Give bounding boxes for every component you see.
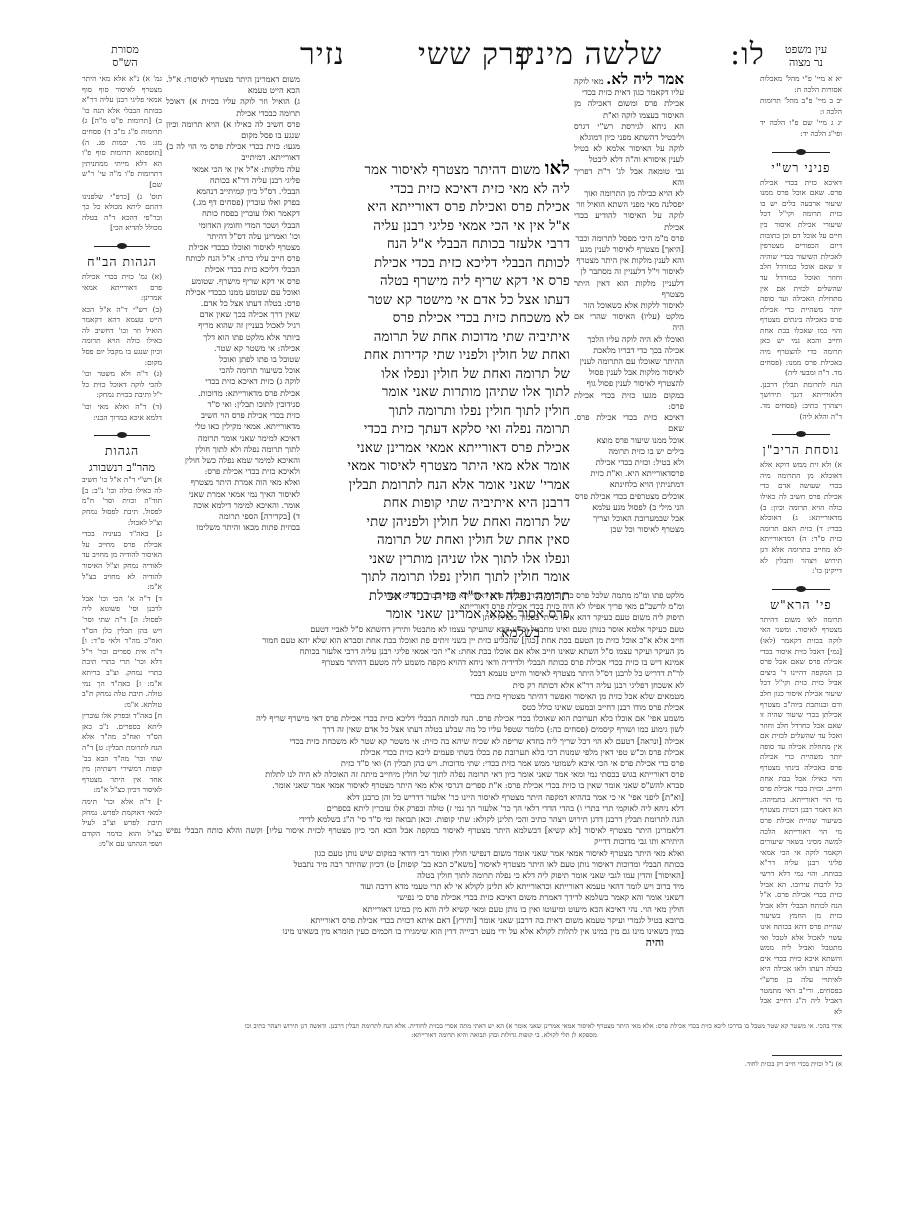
tosafot-line: מגעו: כזית בכדי אכילת פרס מי הוי לה ב) ד…: [166, 141, 300, 163]
tosafot-line: לתוך תרומה נפלה ולא לתוך חולין: [166, 444, 300, 455]
gemara-line: אמרי' שאני אומר אלא הנח לתרומת תבלין: [306, 477, 570, 496]
rashi-line: הני מילי ב) לפסול מגע עלמא: [574, 502, 684, 513]
chapter-name: שלשה מינין: [518, 38, 662, 72]
tosafot-line: ואלא מאי הוה אמרת היתר מצטרף: [166, 477, 300, 488]
rashi-line: דמתניתין הויא בלחינתא: [574, 479, 684, 490]
rashi-line: ואוכלו לא היה לוקה עליו הלכך: [574, 334, 684, 345]
commentary-line: הנה לתרומת תבלין דרבנן דדגן תירוש ויצהר …: [166, 814, 684, 825]
rashi-line: מצטרף לאיסור וכל שכן: [574, 524, 684, 535]
commentary-line: פרס דאורייתא בגוש בכסתי נמי ומאי אמר שאנ…: [166, 769, 684, 780]
chapter-number: פרק ששי: [418, 38, 531, 72]
commentary-line: חייב אלא א"כ אוכל כזית מן הטעם בכת אחת […: [166, 635, 684, 646]
folio-number: לו:: [730, 38, 765, 72]
tosafot-line: ולאיכא כזית בכדי אכילת פרס:: [166, 466, 300, 477]
rashi-line: גבי טומאה אבל לג' ר"ת דפריך והא: [574, 166, 684, 188]
gemara-opener: לאו: [545, 158, 570, 179]
rashi-line: במקום מגעו כזית בכדי אכילת פרס:: [574, 390, 684, 412]
rashi-line: פרסדאורייתא היא. וא"ת כזית: [574, 468, 684, 479]
tosafot-line: פליגי רבנן עליה דר"א בכותח: [166, 175, 300, 186]
commentary-line: מלקט פתו ומ"מ מתמה שלכל פרס כדין כזית בכ…: [166, 590, 684, 601]
masoret-label: מסורת: [95, 43, 155, 56]
rashi-line: אוכל ממנו שיעור פרס מוצא: [574, 435, 684, 446]
tosafot-column: משום דאמרינן היתר מצטרף לאיסור: א"ל. הכא…: [166, 74, 300, 533]
rashi-line: בילים יש בו כזית תרומה: [574, 446, 684, 457]
tosafot-line: כזית בכדי אכילת פרס הוי חשיב: [166, 410, 300, 421]
tosafot-line: אוכל כשיעור תרומה להכי: [166, 365, 300, 376]
tosafot-line: דאיכא למימר שאני אומר תרומה: [166, 433, 300, 444]
commentary-line: ואלא מאי היתר מצטרף לאיסור אמאי אמר שאני…: [166, 848, 684, 859]
hagahot-maharab-title: הגהות: [82, 443, 162, 459]
right-margin-column: יא א מיי' פ"י מהל' מאכלות אסורות הלכה ח:…: [760, 74, 842, 1018]
hagahot-maharab-entry: י] ד"ה אלא וכר' תימה למאי דאוקמת לפרש. נ…: [82, 797, 162, 850]
tosafot-line: לוקה ג) כזית דאיכא כזית בכדי: [166, 376, 300, 387]
rashi-line: לוקה על האיסור להודיע בכדי אכילת: [574, 210, 684, 232]
gemara-line: ליה לא מאי כזית דאיכא כזית בכדי: [306, 181, 570, 200]
hagahot-habach-entry: (ג) ד"ה ולא משטר וכו' להכי לוקה דאוכל כז…: [82, 369, 162, 401]
hashas-label: הש"ס: [95, 56, 155, 69]
rashi-line: לאיסור מלקות אבל לענין פסול: [574, 367, 684, 378]
rashi-line: לאיסור ללקות אלא כשאוכל הזר: [574, 300, 684, 311]
hagahot-habach-title: הגהות הב"ח: [82, 254, 162, 270]
tosafot-line: ואוכל עם שטומע ממנו כבכדי אכילת: [166, 287, 300, 298]
tosafot-line: פרס: בטלה דעתו אצל כל אדם.: [166, 298, 300, 309]
hagahot-habach-entry: (ד) ד"ה ואלא מאי וכו' דלמא איכא במרוך הב…: [82, 402, 162, 423]
commentary-line: תיפוק ליה משום טעם כעיקר דהא איהו מייתי …: [166, 612, 684, 623]
tosafot-line: פרס חשיב לה כאילו א) הויא תרומה וכיון שנ…: [166, 119, 300, 141]
rashi-line: אמר ליה לא. מאי לוקה עליו דקאמר כגון דאי…: [574, 74, 684, 98]
ornament-divider: [94, 431, 150, 439]
commentary-line: לר"ת דדריש כל לרבנן דס"ל היתר מצטרף לאיס…: [166, 668, 684, 679]
commentary-line: מן העיקר ועיקר עצמו ס"ל השתא שאינו חייב …: [166, 646, 684, 657]
tosafot-line: עלה מלקות: א"ל אין אי הכי אמאי: [166, 164, 300, 175]
hagahot-maharab-entry: ג] באה"ד בעיניה בכדי אכילת פרס מחייב על …: [82, 529, 162, 593]
rashi-line: ההיתר שאוכלו עם התרומה לענין: [574, 356, 684, 367]
bottom-line: אידי בהכי. אי משטר קא שטר מטבל בו בדרכו …: [166, 1022, 842, 1031]
tosafot-line: ביותר אלא מלקט פתו הוא דלך: [166, 332, 300, 343]
bottom-line: מספקא לן תלי לקולא. בי קופות גדולות ובהן…: [166, 1031, 842, 1040]
commentary-line: סברא להש"ס שאני אומר שאין בו כזית בכדי א…: [166, 780, 684, 791]
ein-mishpat-entry: יא א מיי' פ"י מהל' מאכלות אסורות הלכה ח:: [760, 74, 842, 95]
commentary-line: [וא"ת] ליפני אפי' אי כי אמר בההיא דמקפה …: [166, 792, 684, 803]
tosafot-line: אכילה: אי משטר קא שטר.: [166, 343, 300, 354]
commentary-line: לא אשכחן דפליגי רבנן עליה דר"א אלא דכותח…: [166, 680, 684, 691]
pninei-rashi-title: פניני רש"י: [760, 160, 842, 176]
rashi-line: אוכלים מצטרפים בכדי אכילת פרס: [574, 491, 684, 502]
gemara-line: ואחת של חולין ולפניו שתי קדירות אחת: [306, 347, 570, 366]
hagahot-maharab-entry: ח] באה"ד ובפרק אלו עוברין ליתא בספרים. נ…: [82, 711, 162, 796]
commentary-line: דלא ניחא ליה לאוקמי תרי בתרי ו) בהדי הדד…: [166, 803, 684, 814]
bottom-harosh-continuation: אידי בהכי. אי משטר קא שטר מטבל בו בדרכו …: [166, 1022, 842, 1040]
rashi-line: דלעניין מלקות הוא דאין היתר מצטרף: [574, 278, 684, 300]
rashi-line: [היאך] מצטרף לאיסור לענין מגע: [574, 244, 684, 255]
tosafot-line: ג) הואיל וזר לוקה עליו בכזית א) דאוכל תר…: [166, 96, 300, 118]
rashi-line: מלקט (עליו) האיסור שהרי אם היה: [574, 311, 684, 333]
gemara-line: דעתו אצל כל אדם אי מישטר קא שטר: [306, 292, 570, 311]
commentary-line: [האיסור] והדין עמו לגבי שאני אומר תיפוק …: [166, 870, 684, 881]
commentary-line: חולין מאי הוי. נהי דאיכא הכא מיעוט ומיעו…: [166, 904, 684, 915]
gemara-line: אומר אלא מאי היתר מצטרף לאיסור אמאי: [306, 458, 570, 477]
commentary-line: דלאמרינן היתר מצטרף לאיסור [לא קשיא] דבש…: [166, 825, 684, 847]
rashi-column: אמר ליה לא. מאי לוקה עליו דקאמר כגון דאי…: [574, 74, 684, 535]
rashi-line: יפסלנה מאי מפני השתא הואיל וזר: [574, 199, 684, 210]
commentary-line: והיה: [166, 937, 684, 948]
hagahot-habach-entry: (ב) רש"י ד"ה א"ל הכא הייט טעמא דהא דקאמר…: [82, 305, 162, 369]
gemara-line: אומר חולין לתוך חולין נפלו תרומה לתוך: [306, 569, 570, 588]
commentary-line: במין בשאינו מינו גם מין במינו אין לתלות …: [166, 926, 684, 937]
rashi-line: לא הויא כבילה מן התרומה ואוך: [574, 188, 684, 199]
tosafot-line: דקאמר ואלו עוברין בפסח כותח: [166, 208, 300, 219]
rashi-line: להצטרף לאיסור לענין פסול גוף: [574, 378, 684, 389]
gemara-line: של תרומה ואחת של חולין ולפניהן שתי: [306, 514, 570, 533]
tosafot-line: הבבלי דליכא כזית בכדי אכילת: [166, 264, 300, 275]
tractate-name: נזיר: [300, 38, 345, 72]
commentary-line: פרס כדי אכילת פרס אי הכי איכא לשמוטי ממש…: [166, 758, 684, 769]
footnote-separator: [772, 1055, 842, 1056]
rashi-opener: אמר ליה לא.: [606, 70, 684, 88]
ornament-divider: [772, 585, 829, 593]
tosafot-line: פרס אי דקא שריף מישרף. שטומע: [166, 276, 300, 287]
tosafot-line: רגיל לאכול בעניין זה שהוא מריף: [166, 320, 300, 331]
commentary-line: מטמאים שלא אכל כזית מן האיסור ואפשר דהית…: [166, 691, 684, 702]
tosafot-line: בפרק ואלו עוברין (פסחים דף מג.): [166, 197, 300, 208]
ein-mishpat-label: עין משפט: [766, 43, 846, 56]
tosafot-line: מצטרף לאיסור ואוכלו כבכדי אכילת: [166, 242, 300, 253]
footnote: א) נ"ל וכזית בכדי חייב רק בכזית לחוד.: [600, 1060, 842, 1069]
rashi-line: לוקה על האיסור אלמא לא בטיל לענין איסורא…: [574, 143, 684, 165]
tosafot-line: סנידוכין לתוכו תבלין: ואי ס"ד: [166, 399, 300, 410]
commentary-line: אמינא דיש בו כזית בכדי אכילת פרס בכותח ה…: [166, 657, 684, 668]
masoret-hashas-header: מסורת הש"ס: [95, 43, 155, 69]
hagahot-maharab-entry: ד] ד"ה א' הכי וכו' אבל לרבנן וסי' פשוטא …: [82, 594, 162, 711]
rashi-line: הא ניחא לגירסת רש"י דגרס וליבטיל דהשתא מ…: [574, 121, 684, 143]
lower-commentary: מלקט פתו ומ"מ מתמה שלכל פרס כדין כזית בכ…: [166, 590, 684, 949]
commentary-line: מיד ברוב ויש לומר דהאי טעמא דאורייתא וכד…: [166, 881, 684, 892]
ein-mishpat-header: עין משפט נר מצוה: [766, 43, 846, 69]
commentary-line: אכילת פרס מודו רבנן דחייב ובמעט שאינו כו…: [166, 702, 684, 713]
rashi-line: אכילת פרס ומשום דאכילה מן האיסור בעצמו ל…: [574, 98, 684, 120]
tosafot-line: הבבלי ושכר המדי וחומץ האדומי: [166, 220, 300, 231]
ornament-divider: [772, 148, 829, 156]
commentary-line: אכילה [ונראה] דטעם לא הוי דכל שריך ליה ב…: [166, 736, 684, 747]
rashi-line: לאיסור וי"ל דלעניין זה מסתבר לן: [574, 266, 684, 277]
gemara-line: דרבי אלעזר בכותח הבבלי א"ל הנח: [306, 236, 570, 255]
gemara-text: לאו משום דהיתר מצטרף לאיסור אמר ליה לא מ…: [306, 160, 570, 643]
ner-mitzvah-label: נר מצוה: [766, 56, 846, 69]
gemara-line: לאו משום דהיתר מצטרף לאיסור אמר: [306, 160, 570, 181]
commentary-line: טעם כעיקר אלמא אוסר בנותן טעם ואינו מתבט…: [166, 624, 684, 635]
commentary-line: בכותח הבבלי ומדוכות דאיסור נותן טעם לאו …: [166, 859, 684, 870]
tosafot-line: פרס חייב עליו כרת: א"ל הנח לכותח: [166, 253, 300, 264]
gemara-line: סאין אחת של חולין ואחת של תרומה: [306, 532, 570, 551]
gemara-line: לתוך אלו שתיהן מותרות שאני אומר: [306, 384, 570, 403]
commentary-line: דשאני אומר והא קאמר בשלמא לדידך דאמרת מש…: [166, 892, 684, 903]
ornament-divider: [94, 242, 150, 250]
tosafot-line: והאיכא למימר שמא נפלה כשל חולין: [166, 455, 300, 466]
tosafot-line: הבבלי. דס"ל כיון קמיתייב דנהמא: [166, 186, 300, 197]
commentary-line: אכילת פרס וכ"ש טפי דאין מלפי שמנות דכי ב…: [166, 747, 684, 758]
rashi-line: אבל שבמערובת האוכל וצריך: [574, 513, 684, 524]
gemara-line: תרומה נפלה ואי סלקא דעתך כזית בכדי: [306, 421, 570, 440]
ein-mishpat-entry: יב ב מיי' פ"ב מהל' תרומות הלכה ו:: [760, 96, 842, 117]
tosafot-line: מדאורייתא. אמאי מקילין כאו טלי: [166, 421, 300, 432]
hagahot-habach-entry: (א) גמ' כזית בכדי אכילת פרס דאורייתא אמא…: [82, 272, 162, 304]
ein-mishpat-entry: יג ג מיי' שם פ"ו הלכה יד ופי"ג הלכה יד:: [760, 118, 842, 139]
gemara-line: אכילת פרס דאורייתא אמאי אמרינן שאני: [306, 440, 570, 459]
commentary-line: לשון גימוע כמו ושורף קיסמים (פסחים כה:) …: [166, 724, 684, 735]
commentary-line: ברובא בטיל לגמרי ועיקר טעמא משום דאית בה…: [166, 915, 684, 926]
tosafot-line: אומר. והאיכא למימר דילמא אוכה: [166, 500, 300, 511]
tosafot-line: ד) [בקדירה] הספי תרומה: [166, 511, 300, 522]
masoret-entry: גמ' א) נ"א אלא מאי היתר מצטרף לאיסור סוף…: [82, 74, 162, 191]
left-margin-column: גמ' א) נ"א אלא מאי היתר מצטרף לאיסור סוף…: [82, 74, 162, 851]
pninei-rashi-entry: דאיכא כזית בכדי אכילת פרס. שאם אוכל פרס …: [760, 178, 842, 379]
pninei-rashi-entry: הנח לתרומת תבלין דרבנן. דלאורייתא דגנך ת…: [760, 380, 842, 422]
tosafot-line: שטובל בו פתו לפתן ואוכל: [166, 354, 300, 365]
ornament-divider: [772, 430, 829, 438]
gemara-line: דרבנן היא איתיביה שתי קופות אחת: [306, 495, 570, 514]
rashi-line: דאיכא כזית בכדי אכילת פרס. שאם: [574, 412, 684, 434]
gemara-line: של תרומה ואחת של חולין ונפלו אלו: [306, 366, 570, 385]
rashi-line: אכילה בכך כדי דבריו מלאכת: [574, 345, 684, 356]
hagahot-maharab-subtitle: מהר"ב רנשבורג: [82, 461, 162, 475]
nusach-harivan-entry: א) ולא זית ממש דוקא אלא דאוכלא מן התרומה…: [760, 460, 842, 577]
commentary-line: ומ"מ לרשב"ם מאי פריך אפילו לא היה כזית ב…: [166, 601, 684, 612]
gemara-line: לא משכחת כזית בכדי אכילת פרס: [306, 310, 570, 329]
tosafot-line: בכוזית פתות מכאו והיתר משלימו: [166, 522, 300, 533]
masoret-entry: תוס' ג) [כרפ"י שלפנינו דהתם ליתא מכולא כ…: [82, 192, 162, 234]
tosafot-line: אכילת פרס מדאורייתא: מדוכות.: [166, 388, 300, 399]
gemara-line: לכותח הבבלי דליכא כזית בכדי אכילת: [306, 255, 570, 274]
tosafot-line: וכו' ואמרינן עלה דס"ל דהיתר: [166, 231, 300, 242]
gemara-line: פרס אי דקא שריף ליה מישרף בטלה: [306, 273, 570, 292]
gemara-line: איתיביה שתי מדוכות אחת של תרומה: [306, 329, 570, 348]
rashi-line: והא לענין מלקות אין היתר מצטרף: [574, 255, 684, 266]
hagahot-maharab-entry: א] רש"י ד"ה א"ל כו' חשיב לה כאילו כולה ו…: [82, 475, 162, 528]
tosafot-line: לאיסור האיך נמי אמאי אמרת שאני: [166, 489, 300, 500]
pirush-harosh-entry: תרומה לאו משום דהיתר מצטרף לאיסור. ומשני…: [760, 615, 842, 1018]
rashi-line: פרס מ"מ היכי מפסל לתרומה וכבר: [574, 233, 684, 244]
gemara-line: ונפלו אלו לתוך אלו שניהן מותרין שאני: [306, 551, 570, 570]
tosafot-line: שאין דרך אכילה בכך שאין אדם: [166, 309, 300, 320]
gemara-line: א"ל אין אי הכי אמאי פליגי רבנן עליה: [306, 218, 570, 237]
nusach-harivan-title: נוסחת הריב"ן: [760, 442, 842, 458]
commentary-line: משמע אפי' אם אוכלו בלא תערובת הוא שאוכלו…: [166, 713, 684, 724]
gemara-line: אכילת פרס ואכילת פרס דאורייתא היא: [306, 199, 570, 218]
tosafot-line: משום דאמרינן היתר מצטרף לאיסור: א"ל. הכא…: [166, 74, 300, 96]
pirush-harosh-title: פי' הרא"ש: [760, 597, 842, 613]
rashi-line: ולא בטיל: וכזית בכדי אכילת: [574, 457, 684, 468]
gemara-line: חולין לתוך חולין נפלו ותרומה לתוך: [306, 403, 570, 422]
